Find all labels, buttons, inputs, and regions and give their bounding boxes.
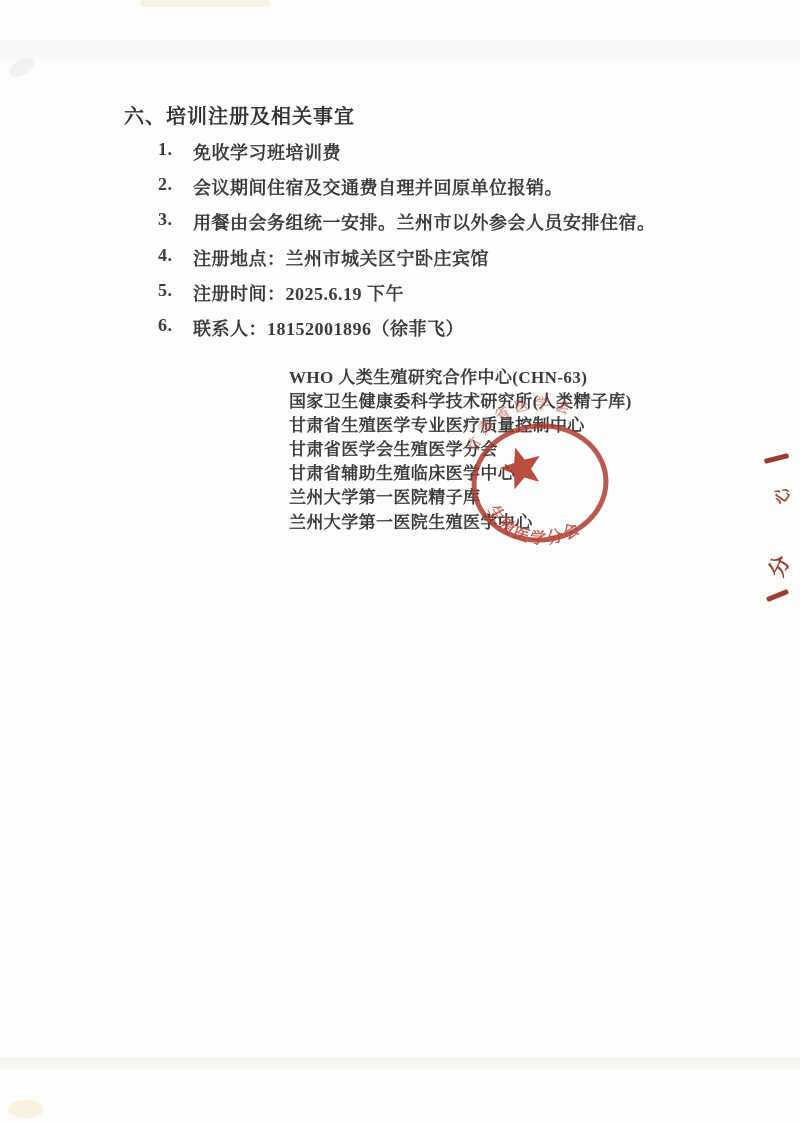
list-item: 4. 注册地点：兰州市城关区宁卧庄宾馆 <box>158 245 656 280</box>
edge-seal-glyph: 分 <box>760 550 796 582</box>
scan-smudge-top <box>140 0 270 7</box>
list-item-number: 3. <box>158 209 193 230</box>
list-item-number: 6. <box>158 315 193 336</box>
list-item: 3. 用餐由会务组统一安排。兰州市以外参会人员安排住宿。 <box>158 209 656 244</box>
scan-smudge-left <box>6 54 38 80</box>
document-page: 六、培训注册及相关事宜 1. 免收学习班培训费 2. 会议期间住宿及交通费自理并… <box>0 0 800 1123</box>
list-item: 5. 注册时间：2025.6.19 下午 <box>158 280 656 315</box>
list-item: 6. 联系人：18152001896（徐菲飞） <box>158 315 656 350</box>
list-item: 1. 免收学习班培训费 <box>158 139 656 174</box>
list-item: 2. 会议期间住宿及交通费自理并回原单位报销。 <box>158 174 656 209</box>
list-item-text: 注册时间：2025.6.19 下午 <box>193 280 404 306</box>
scan-band-bottom <box>0 1057 800 1069</box>
edge-seal-stroke <box>766 589 789 602</box>
list-item-number: 5. <box>158 280 193 301</box>
seal-ring <box>469 420 610 545</box>
list-item-number: 2. <box>158 174 193 195</box>
list-item-text: 用餐由会务组统一安排。兰州市以外参会人员安排住宿。 <box>193 209 656 235</box>
edge-seal-stroke <box>764 453 789 464</box>
seal-bottom-arc: 生殖医学分会 <box>484 495 586 553</box>
numbered-list: 1. 免收学习班培训费 2. 会议期间住宿及交通费自理并回原单位报销。 3. 用… <box>158 139 656 350</box>
section-heading: 六、培训注册及相关事宜 <box>124 100 355 129</box>
seal-star-icon <box>498 445 542 490</box>
scan-band-upper <box>0 40 800 62</box>
list-item-number: 1. <box>158 139 193 160</box>
official-seal: 甘肃省医学会 生殖医学分会 <box>430 370 670 600</box>
list-item-number: 4. <box>158 245 193 266</box>
scan-spot-bottom <box>8 1100 44 1118</box>
seal-top-arc: 甘肃省医学会 <box>460 391 581 457</box>
list-item-text: 联系人：18152001896（徐菲飞） <box>193 315 464 341</box>
list-item-text: 会议期间住宿及交通费自理并回原单位报销。 <box>193 174 563 200</box>
list-item-text: 注册地点：兰州市城关区宁卧庄宾馆 <box>193 245 489 271</box>
edge-seal-glyph: 心 <box>765 480 795 508</box>
list-item-text: 免收学习班培训费 <box>193 139 341 165</box>
